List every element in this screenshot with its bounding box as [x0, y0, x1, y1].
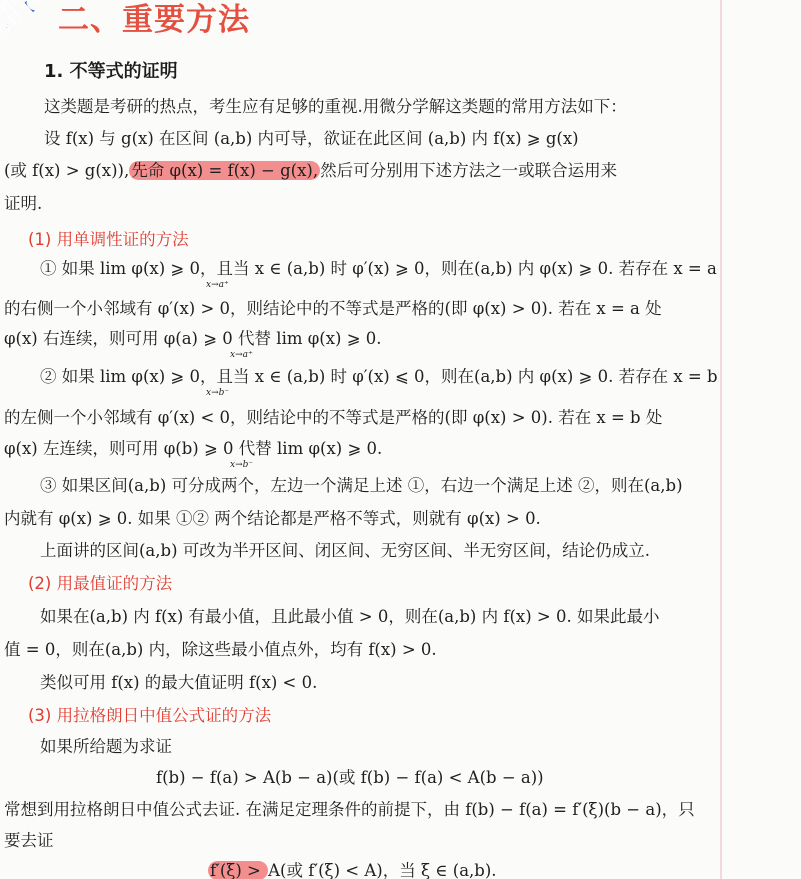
method-1-item-1-line-3: φ(x) 右连续，则可用 φ(a) ⩾ 0 代替 lim φ(x) ⩾ 0.	[4, 328, 382, 350]
paragraph-setup-1: 设 f(x) 与 g(x) 在区间 (a,b) 内可导，欲证在此区间 (a,b)…	[44, 128, 579, 150]
paragraph-intro: 这类题是考研的热点，考生应有足够的重视.用微分学解这类题的常用方法如下：	[44, 96, 627, 118]
section-title: 1. 不等式的证明	[44, 57, 178, 83]
method-2-title: (2) 用最值证的方法	[28, 570, 172, 594]
setup-text: (或 f(x) > g(x)),	[4, 161, 129, 180]
method-3-line-3: 要去证	[4, 830, 54, 852]
method-1-item-1-line-2: 的右侧一个小邻域有 φ′(x) > 0，则结论中的不等式是严格的(即 φ(x) …	[4, 298, 662, 320]
method-3-line-1: 如果所给题为求证	[40, 736, 172, 758]
method-3-title: (3) 用拉格朗日中值公式证的方法	[28, 702, 271, 726]
setup-text-rest: 然后可分别用下述方法之一或联合运用来	[320, 161, 617, 180]
limit-subscript: x→b⁻	[230, 460, 253, 470]
method-3-final-condition: f′(ξ) > A(或 f′(ξ) < A)，当 ξ ∈ (a,b).	[208, 860, 497, 879]
method-1-item-2-line-2: 的左侧一个小邻域有 φ′(x) < 0，则结论中的不等式是严格的(即 φ(x) …	[4, 407, 662, 429]
method-1-item-2-line-1: ② 如果 lim φ(x) ⩾ 0，且当 x ∈ (a,b) 时 φ′(x) ⩽…	[40, 366, 718, 388]
highlighted-condition: f′(ξ) >	[208, 861, 268, 879]
method-2-line-2: 值 = 0，则在(a,b) 内，除这些最小值点外，均有 f(x) > 0.	[4, 639, 437, 661]
method-1-note: 上面讲的区间(a,b) 可改为半开区间、闭区间、无穷区间、半无穷区间，结论仍成立…	[40, 540, 650, 562]
limit-subscript: x→b⁻	[206, 388, 229, 398]
paragraph-setup-2: (或 f(x) > g(x)),先命 φ(x) = f(x) − g(x),然后…	[4, 160, 617, 182]
paragraph-setup-3: 证明.	[4, 193, 42, 215]
method-1-title: (1) 用单调性证的方法	[28, 226, 189, 250]
chapter-heading: 二、重要方法	[58, 0, 250, 39]
final-condition-rest: A(或 f′(ξ) < A)，当 ξ ∈ (a,b).	[268, 861, 496, 879]
method-3-formula: f(b) − f(a) > A(b − a)(或 f(b) − f(a) < A…	[156, 767, 544, 789]
method-1-item-3-line-1: ③ 如果区间(a,b) 可分成两个，左边一个满足上述 ①，右边一个满足上述 ②，…	[40, 475, 683, 497]
highlighted-definition: 先命 φ(x) = f(x) − g(x),	[129, 161, 320, 180]
method-1-item-1-line-1: ① 如果 lim φ(x) ⩾ 0，且当 x ∈ (a,b) 时 φ′(x) ⩾…	[40, 258, 717, 280]
margin-line	[720, 0, 722, 879]
limit-subscript: x→a⁺	[230, 350, 253, 360]
textbook-page: 考研课程 公众号【考研 二、重要方法 1. 不等式的证明 这类题是考研的热点，考…	[0, 0, 801, 879]
method-3-line-2: 常想到用拉格朗日中值公式去证. 在满足定理条件的前提下，由 f(b) − f(a…	[4, 799, 695, 821]
method-1-item-3-line-2: 内就有 φ(x) ⩾ 0. 如果 ①② 两个结论都是严格不等式，则就有 φ(x)…	[4, 508, 541, 530]
method-2-line-3: 类似可用 f(x) 的最大值证明 f(x) < 0.	[40, 672, 317, 694]
limit-subscript: x→a⁺	[206, 280, 229, 290]
method-2-line-1: 如果在(a,b) 内 f(x) 有最小值，且此最小值 > 0，则在(a,b) 内…	[40, 606, 659, 628]
method-1-item-2-line-3: φ(x) 左连续，则可用 φ(b) ⩾ 0 代替 lim φ(x) ⩾ 0.	[4, 438, 382, 460]
watermark: 考研课程 公众号【考研	[0, 0, 61, 31]
